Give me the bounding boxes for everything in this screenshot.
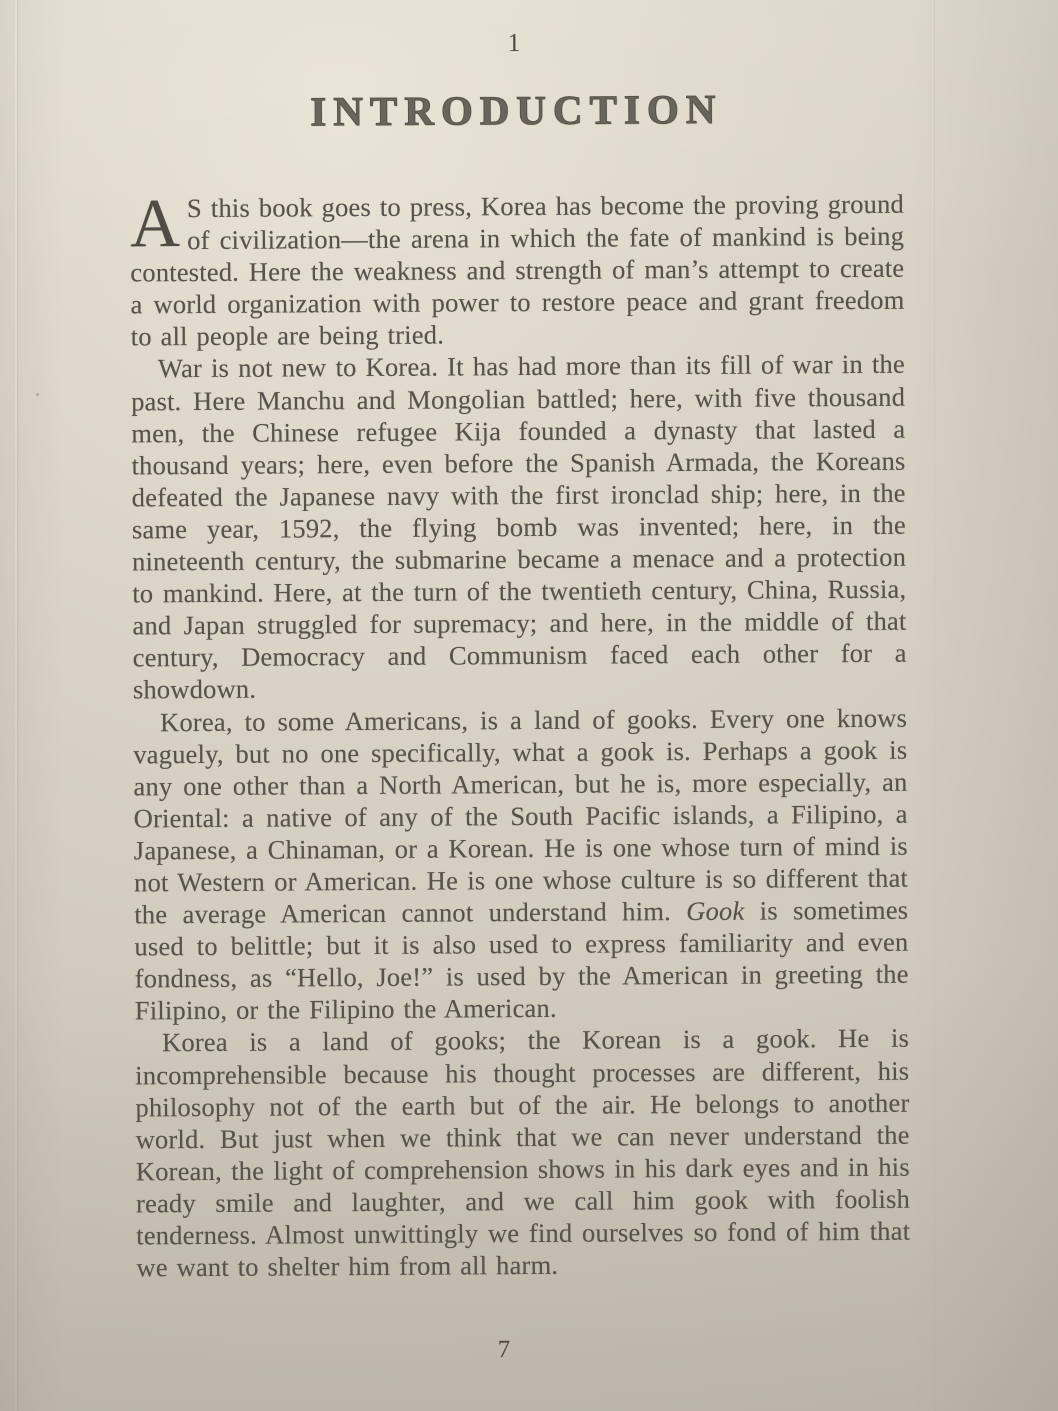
paragraph-2: War is not new to Korea. It has had more… [131,348,907,706]
paragraph-1-text: S this book goes to press, Korea has bec… [130,189,904,352]
header-page-number: 1 [0,25,1032,61]
page-title: INTRODUCTION [0,83,1036,137]
text-block: AS this book goes to press, Korea has be… [130,188,911,1284]
paragraph-4: Korea is a land of gooks; the Korean is … [135,1022,911,1283]
drop-cap-letter: A [130,192,187,251]
gook-italic-word: Gook [686,896,744,926]
page-content: 1 INTRODUCTION AS this book goes to pres… [0,0,1058,1411]
paragraph-3: Korea, to some Americans, is a land of g… [133,701,909,1027]
footer-page-number: 7 [4,1333,1004,1367]
paragraph-1: AS this book goes to press, Korea has be… [130,188,905,353]
book-page-photo: 1 INTRODUCTION AS this book goes to pres… [0,0,1058,1411]
